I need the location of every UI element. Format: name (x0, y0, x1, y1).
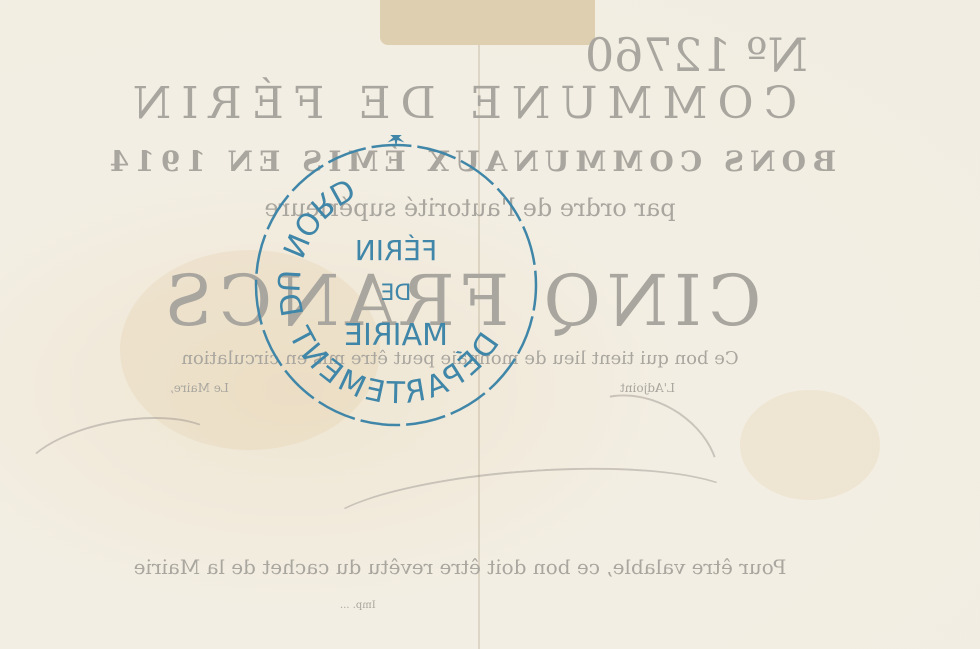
svg-text:MAIRIE: MAIRIE (344, 318, 448, 353)
svg-text:✶: ✶ (385, 135, 407, 154)
svg-text:FÉRIN: FÉRIN (355, 233, 437, 267)
signer-left-label: Le Maire, (170, 381, 229, 395)
tape-residue (380, 0, 595, 45)
mairie-stamp: DÉPARTEMENT DU NORD ✶ FÉRIN DE MAIRIE (246, 135, 546, 435)
stain (740, 390, 880, 500)
commune-title: COMMUNE DE FÉRIN (80, 78, 840, 129)
signer-right-label: L'Adjoint (620, 381, 675, 395)
printer-line: Imp. ... (340, 600, 376, 611)
svg-text:DE: DE (381, 281, 412, 306)
serial-number: Nº 12760 (585, 28, 808, 82)
